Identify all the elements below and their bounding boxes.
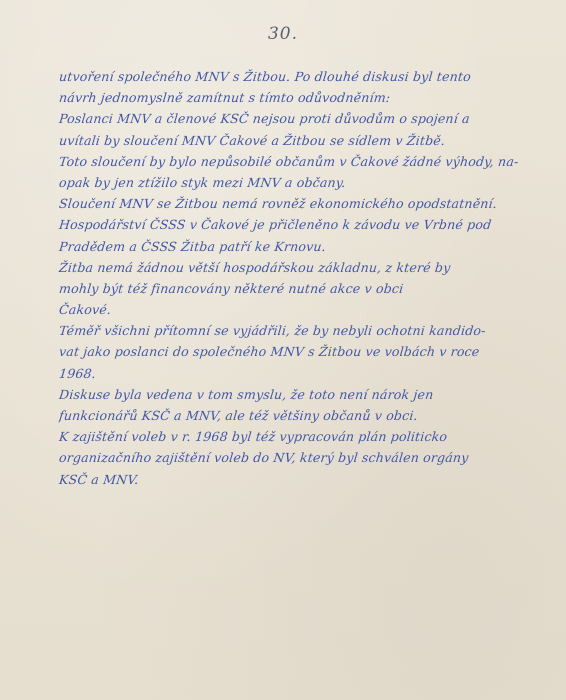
text-line-11: mohly být též financovány některé nutné … xyxy=(58,278,550,299)
text-line-19: organizačního zajištění voleb do NV, kte… xyxy=(58,447,550,468)
text-line-8: Hospodářství ČSSS v Čakové je přičleněno… xyxy=(58,214,550,235)
text-line-10: Žitba nemá žádnou větší hospodářskou zák… xyxy=(58,257,550,278)
text-line-12: Čakové. xyxy=(58,299,550,320)
text-line-16: Diskuse byla vedena v tom smyslu, že tot… xyxy=(58,384,550,405)
text-line-1: utvoření společného MNV s Žitbou. Po dlo… xyxy=(58,66,550,87)
handwritten-body: utvoření společného MNV s Žitbou. Po dlo… xyxy=(58,66,548,490)
text-line-17: funkcionářů KSČ a MNV, ale též většiny o… xyxy=(58,405,550,426)
text-line-9: Pradědem a ČSSS Žitba patří ke Krnovu. xyxy=(58,236,550,257)
text-line-18: K zajištění voleb v r. 1968 byl též vypr… xyxy=(58,426,550,447)
page-number: 30. xyxy=(0,24,566,44)
text-line-20: KSČ a MNV. xyxy=(58,469,550,490)
text-line-14: vat jako poslanci do společného MNV s Ži… xyxy=(58,341,550,362)
text-line-5: Toto sloučení by bylo nepůsobilé občanům… xyxy=(58,151,550,172)
text-line-6: opak by jen ztížilo styk mezi MNV a obča… xyxy=(58,172,550,193)
text-line-13: Téměř všichni přítomní se vyjádřili, že … xyxy=(58,320,550,341)
text-line-2: návrh jednomyslně zamítnut s tímto odůvo… xyxy=(58,87,550,108)
text-line-4: uvítali by sloučení MNV Čakové a Žitbou … xyxy=(58,130,550,151)
document-page: 30. utvoření společného MNV s Žitbou. Po… xyxy=(0,0,566,700)
text-line-3: Poslanci MNV a členové KSČ nejsou proti … xyxy=(58,108,550,129)
text-line-15: 1968. xyxy=(58,363,550,384)
text-line-7: Sloučení MNV se Žitbou nemá rovněž ekono… xyxy=(58,193,550,214)
